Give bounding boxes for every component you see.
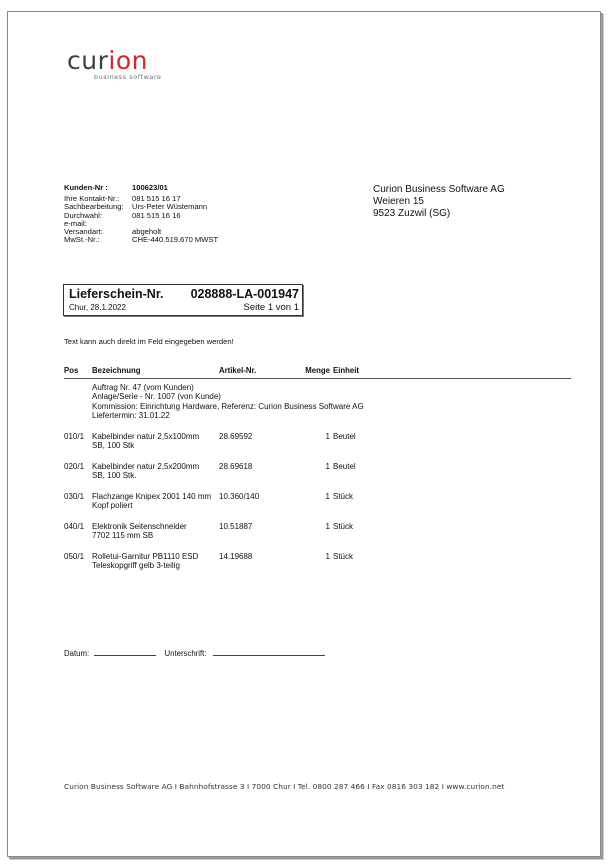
page-footer: Curion Business Software AG I Bahnhofstr…	[64, 782, 504, 791]
header-menge: Menge	[284, 366, 330, 375]
row-einheit: Stück	[333, 552, 353, 561]
row-bezeichnung: Kabelbinder natur 2,5x200mmSB, 100 Stk.	[92, 462, 199, 481]
row-bezeichnung: Kabelbinder natur 2,5x100mmSB, 100 Stk	[92, 432, 199, 451]
row-artikel: 28.69618	[219, 462, 252, 471]
row-desc-line1: Elektronik Seitenschneider	[92, 522, 187, 531]
table-header: Pos Bezeichnung Artikel-Nr. Menge Einhei…	[64, 366, 571, 378]
row-pos: 010/1	[64, 432, 84, 441]
free-text-note: Text kann auch direkt im Feld eingegeben…	[64, 337, 234, 346]
table-row: 040/1Elektronik Seitenschneider7702 115 …	[64, 522, 571, 542]
row-menge: 1	[284, 462, 330, 471]
row-bezeichnung: Elektronik Seitenschneider7702 115 mm SB	[92, 522, 187, 541]
document-title-box: Lieferschein-Nr. 028888-LA-001947 Chur, …	[63, 284, 303, 316]
signature-line: Datum: Unterschrift:	[64, 647, 325, 658]
row-pos: 030/1	[64, 492, 84, 501]
order-info: Auftrag Nr. 47 (vom Kunden)Anlage/Serie …	[92, 383, 364, 420]
logo-word-accent: ion	[108, 46, 148, 75]
logo-word-dark: cur	[67, 46, 108, 75]
row-desc-line2: 7702 115 mm SB	[92, 531, 187, 540]
order-info-line: Anlage/Serie - Nr. 1007 (von Kunde)	[92, 392, 364, 401]
table-header-divider	[64, 378, 571, 379]
row-desc-line2: Teleskopgriff gelb 3-teilig	[92, 561, 198, 570]
logo-tagline: business software	[94, 73, 162, 81]
meta-label: MwSt.-Nr.:	[64, 236, 132, 244]
document-place-date: Chur, 28.1.2022	[69, 303, 126, 312]
recipient-address: Curion Business Software AG Weieren 15 9…	[373, 184, 505, 220]
recipient-street: Weieren 15	[373, 196, 505, 208]
row-desc-line2: SB, 100 Stk	[92, 441, 199, 450]
header-artikel: Artikel-Nr.	[219, 366, 256, 375]
table-row: 050/1Rolletui-Garnitur PB1110 ESDTelesko…	[64, 552, 571, 572]
header-einheit: Einheit	[333, 366, 359, 375]
row-menge: 1	[284, 552, 330, 561]
date-label: Datum:	[64, 649, 89, 658]
row-pos: 020/1	[64, 462, 84, 471]
row-bezeichnung: Rolletui-Garnitur PB1110 ESDTeleskopgrif…	[92, 552, 198, 571]
row-pos: 040/1	[64, 522, 84, 531]
row-artikel: 10.51887	[219, 522, 252, 531]
row-desc-line1: Kabelbinder natur 2,5x100mm	[92, 432, 199, 441]
row-einheit: Beutel	[333, 462, 356, 471]
row-einheit: Stück	[333, 522, 353, 531]
row-artikel: 28.69592	[219, 432, 252, 441]
row-pos: 050/1	[64, 552, 84, 561]
recipient-name: Curion Business Software AG	[373, 184, 505, 196]
row-bezeichnung: Flachzange Knipex 2001 140 mmKopf polier…	[92, 492, 211, 511]
row-artikel: 14.19688	[219, 552, 252, 561]
row-einheit: Stück	[333, 492, 353, 501]
order-info-line: Kommission: Einrichtung Hardware, Refere…	[92, 402, 364, 411]
table-row: 010/1Kabelbinder natur 2,5x100mmSB, 100 …	[64, 432, 571, 452]
date-blank	[94, 647, 156, 656]
meta-value: CHE-440.519.670 MWST	[132, 236, 218, 244]
row-menge: 1	[284, 432, 330, 441]
company-logo: curion business software	[67, 50, 187, 86]
table-row: 020/1Kabelbinder natur 2,5x200mmSB, 100 …	[64, 462, 571, 482]
row-desc-line2: SB, 100 Stk.	[92, 471, 199, 480]
signature-label: Unterschrift:	[164, 649, 206, 658]
meta-row: Durchwahl:081 515 16 16	[64, 212, 218, 220]
meta-value: 081 515 16 16	[132, 212, 181, 220]
page-indicator: Seite 1 von 1	[244, 302, 299, 313]
customer-meta: Kunden-Nr :100623/01Ihre Kontakt-Nr.:081…	[64, 184, 218, 244]
meta-row: MwSt.-Nr.:CHE-440.519.670 MWST	[64, 236, 218, 244]
recipient-city: 9523 Zuzwil (SG)	[373, 208, 505, 220]
row-desc-line1: Kabelbinder natur 2,5x200mm	[92, 462, 199, 471]
order-info-line: Auftrag Nr. 47 (vom Kunden)	[92, 383, 364, 392]
row-desc-line2: Kopf poliert	[92, 501, 211, 510]
header-pos: Pos	[64, 366, 78, 375]
order-info-line: Liefertermin: 31.01.22	[92, 411, 364, 420]
document-number: 028888-LA-001947	[191, 287, 299, 301]
header-bezeichnung: Bezeichnung	[92, 366, 141, 375]
logo-wordmark: curion	[67, 46, 148, 75]
meta-value: 100623/01	[132, 184, 168, 192]
meta-label: Kunden-Nr :	[64, 184, 132, 192]
meta-row: Kunden-Nr :100623/01	[64, 184, 218, 192]
row-menge: 1	[284, 492, 330, 501]
table-row: 030/1Flachzange Knipex 2001 140 mmKopf p…	[64, 492, 571, 512]
row-desc-line1: Rolletui-Garnitur PB1110 ESD	[92, 552, 198, 561]
row-desc-line1: Flachzange Knipex 2001 140 mm	[92, 492, 211, 501]
document-title: Lieferschein-Nr.	[69, 287, 163, 301]
row-menge: 1	[284, 522, 330, 531]
row-einheit: Beutel	[333, 432, 356, 441]
row-artikel: 10.360/140	[219, 492, 259, 501]
signature-blank	[213, 647, 325, 656]
